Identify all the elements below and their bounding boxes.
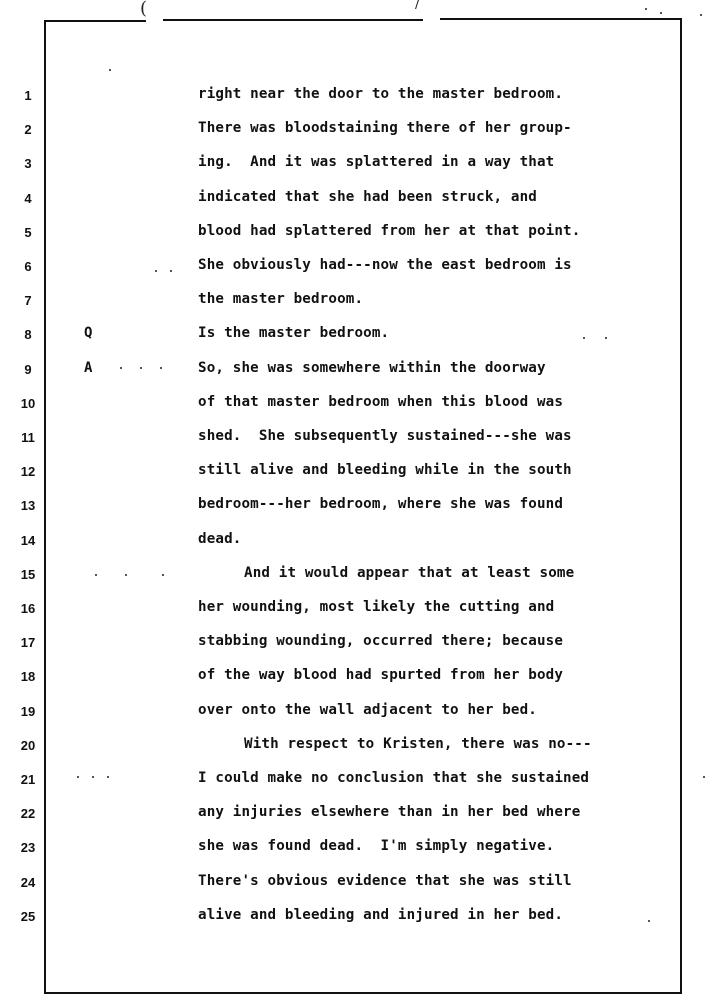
line-number: 10 [14,396,42,411]
line-text: bedroom---her bedroom, where she was fou… [198,496,563,512]
line-text: the master bedroom. [198,291,363,307]
line-number: 15 [14,567,42,582]
transcript-line: 23she was found dead. I'm simply negativ… [0,832,720,866]
line-text: Is the master bedroom. [198,325,389,341]
line-text: her wounding, most likely the cutting an… [198,599,554,615]
line-number: 23 [14,840,42,855]
line-number: 6 [14,259,42,274]
line-number: 5 [14,225,42,240]
transcript-line: 4indicated that she had been struck, and [0,183,720,217]
transcript-page: ( / 1right near the door to the master b… [0,0,720,1007]
line-text: dead. [198,531,241,547]
speaker-label: A [84,360,92,376]
transcript-line: 11shed. She subsequently sustained---she… [0,422,720,456]
line-text: She obviously had---now the east bedroom… [198,257,572,273]
transcript-line: 6She obviously had---now the east bedroo… [0,251,720,285]
transcript-line: 10of that master bedroom when this blood… [0,388,720,422]
transcript-line: 24There's obvious evidence that she was … [0,867,720,901]
transcript-line: 9ASo, she was somewhere within the doorw… [0,354,720,388]
line-number: 12 [14,464,42,479]
line-number: 25 [14,909,42,924]
line-text: stabbing wounding, occurred there; becau… [198,633,563,649]
transcript-line: 15And it would appear that at least some [0,559,720,593]
transcript-line: 7the master bedroom. [0,285,720,319]
top-border-segment [440,18,682,20]
scan-speck [645,8,647,10]
transcript-line: 19over onto the wall adjacent to her bed… [0,696,720,730]
line-text: There was bloodstaining there of her gro… [198,120,572,136]
transcript-line: 12still alive and bleeding while in the … [0,456,720,490]
line-text: still alive and bleeding while in the so… [198,462,572,478]
line-number: 24 [14,875,42,890]
line-text: alive and bleeding and injured in her be… [198,907,563,923]
transcript-line: 16her wounding, most likely the cutting … [0,593,720,627]
line-number: 13 [14,498,42,513]
top-border-segment [163,19,423,21]
transcript-line: 8QIs the master bedroom. [0,319,720,353]
speaker-label: Q [84,325,92,341]
line-text: With respect to Kristen, there was no--- [244,736,592,752]
line-number: 3 [14,156,42,171]
punch-mark-right: / [415,0,420,12]
transcript-line: 17stabbing wounding, occurred there; bec… [0,627,720,661]
line-text: of the way blood had spurted from her bo… [198,667,563,683]
line-number: 4 [14,191,42,206]
line-text: And it would appear that at least some [244,565,574,581]
transcript-line: 20With respect to Kristen, there was no-… [0,730,720,764]
transcript-line: 3ing. And it was splattered in a way tha… [0,148,720,182]
line-number: 17 [14,635,42,650]
line-text: There's obvious evidence that she was st… [198,873,572,889]
transcript-line: 14dead. [0,525,720,559]
line-number: 14 [14,533,42,548]
transcript-line: 21I could make no conclusion that she su… [0,764,720,798]
line-number: 18 [14,669,42,684]
bottom-border [44,992,682,994]
line-text: any injuries elsewhere than in her bed w… [198,804,580,820]
scan-speck [109,69,111,71]
scan-speck [660,12,662,14]
transcript-line: 13bedroom---her bedroom, where she was f… [0,490,720,524]
line-number: 16 [14,601,42,616]
line-text: she was found dead. I'm simply negative. [198,838,554,854]
transcript-line: 18of the way blood had spurted from her … [0,661,720,695]
line-number: 7 [14,293,42,308]
line-number: 11 [14,430,42,445]
line-number: 9 [14,362,42,377]
line-text: shed. She subsequently sustained---she w… [198,428,572,444]
transcript-line: 22any injuries elsewhere than in her bed… [0,798,720,832]
line-number: 19 [14,704,42,719]
line-text: right near the door to the master bedroo… [198,86,563,102]
transcript-line: 2There was bloodstaining there of her gr… [0,114,720,148]
line-text: I could make no conclusion that she sust… [198,770,589,786]
punch-mark-left: ( [140,0,147,19]
line-number: 22 [14,806,42,821]
line-text: blood had splattered from her at that po… [198,223,580,239]
scan-speck [700,14,702,16]
transcript-line: 25alive and bleeding and injured in her … [0,901,720,935]
transcript-line: 1right near the door to the master bedro… [0,80,720,114]
line-number: 8 [14,327,42,342]
line-text: indicated that she had been struck, and [198,189,537,205]
line-number: 21 [14,772,42,787]
line-text: So, she was somewhere within the doorway [198,360,546,376]
line-number: 1 [14,88,42,103]
line-number: 2 [14,122,42,137]
line-number: 20 [14,738,42,753]
transcript-line: 5blood had splattered from her at that p… [0,217,720,251]
line-text: ing. And it was splattered in a way that [198,154,554,170]
line-text: over onto the wall adjacent to her bed. [198,702,537,718]
line-text: of that master bedroom when this blood w… [198,394,563,410]
top-border-segment [44,20,146,22]
